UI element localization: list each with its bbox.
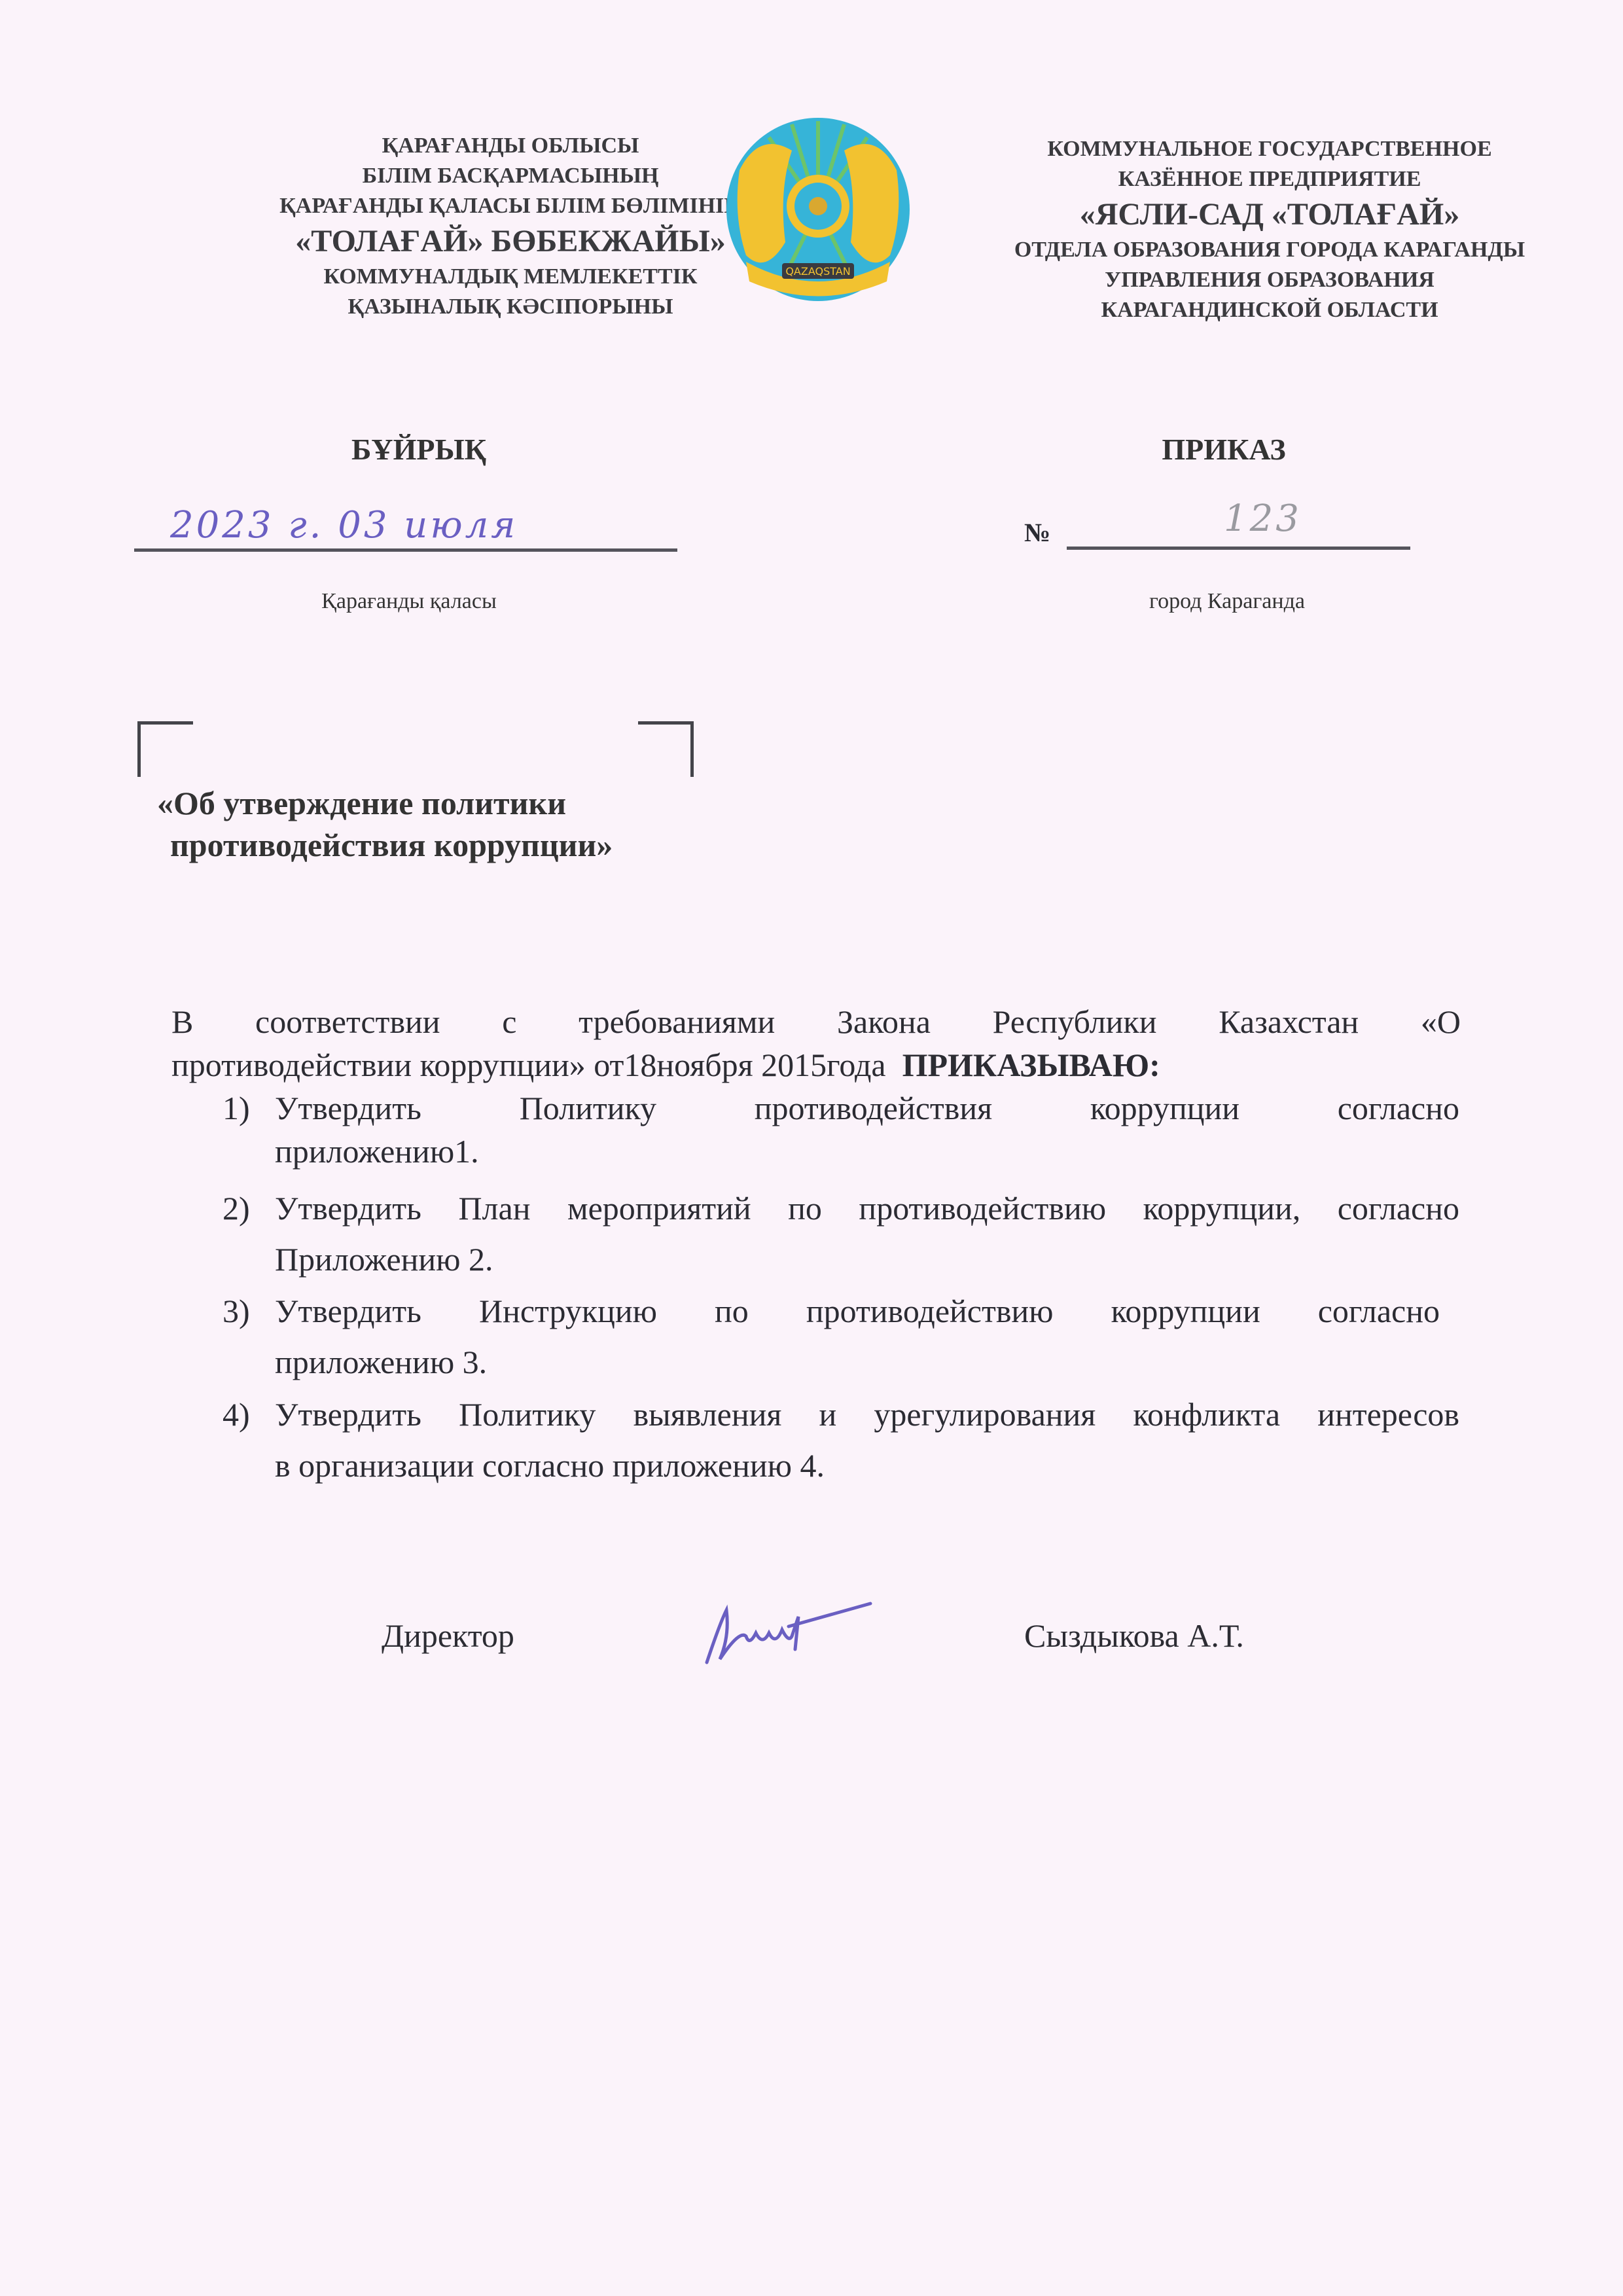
order-subject: «Об утверждение политики противодействия…: [157, 782, 613, 866]
list-item-number: 2): [223, 1187, 250, 1230]
header-ru-org-name: «ЯСЛИ-САД «ТОЛАҒАЙ»: [936, 194, 1603, 235]
header-russian-block: КОММУНАЛЬНОЕ ГОСУДАРСТВЕННОЕ КАЗЁННОЕ ПР…: [936, 134, 1603, 325]
svg-text:QAZAQSTAN: QAZAQSTAN: [785, 265, 850, 278]
header-ru-line-6: КАРАГАНДИНСКОЙ ОБЛАСТИ: [936, 295, 1603, 325]
list-item-line-2: в организации согласно приложению 4.: [275, 1444, 1459, 1487]
signature-handwritten-icon: [694, 1597, 942, 1669]
signatory-name: Сыздыкова А.Т.: [1024, 1617, 1244, 1655]
list-item-number: 3): [223, 1289, 250, 1333]
list-item-number: 1): [223, 1086, 250, 1130]
header-ru-line-1: КОММУНАЛЬНОЕ ГОСУДАРСТВЕННОЕ: [936, 134, 1603, 164]
header-ru-line-2: КАЗЁННОЕ ПРЕДПРИЯТИЕ: [936, 164, 1603, 194]
list-item: 3) Утвердить Инструкцию по противодейств…: [223, 1289, 1459, 1381]
body-intro-text: противодействии коррупции» от18ноября 20…: [171, 1047, 886, 1083]
number-sign: №: [1024, 517, 1050, 548]
header-ru-line-4: ОТДЕЛА ОБРАЗОВАНИЯ ГОРОДА КАРАГАНДЫ: [936, 235, 1603, 265]
order-date-handwritten: 2023 г. 03 июля: [170, 504, 518, 547]
body-intro-line-1: В соответствии с требованиями Закона Рес…: [171, 1000, 1461, 1043]
list-item-line-1: Утвердить Политику противодействия корру…: [275, 1086, 1459, 1130]
order-title-kz: БҰЙРЫҚ: [275, 432, 563, 467]
subject-bracket-left: [137, 721, 193, 777]
order-title-ru: ПРИКАЗ: [1086, 432, 1361, 467]
list-item-number: 4): [223, 1393, 250, 1436]
number-underline: [1067, 547, 1410, 550]
subject-line-1: «Об утверждение политики: [157, 782, 613, 824]
order-number-handwritten: 123: [1224, 497, 1302, 540]
date-underline: [134, 548, 677, 552]
list-item-line-1: Утвердить Инструкцию по противодействию …: [275, 1289, 1440, 1333]
signatory-position: Директор: [382, 1617, 514, 1655]
list-item: 4) Утвердить Политику выявления и урегул…: [223, 1393, 1459, 1484]
city-kz: Қарағанды қаласы: [262, 589, 556, 614]
list-item-line-2: приложению 3.: [275, 1340, 1459, 1384]
list-item: 2) Утвердить План мероприятий по противо…: [223, 1187, 1459, 1278]
subject-bracket-right: [638, 721, 694, 777]
body-command: ПРИКАЗЫВАЮ:: [902, 1047, 1160, 1083]
state-emblem-icon: QAZAQSTAN: [720, 111, 916, 308]
list-item-line-1: Утвердить Политику выявления и урегулиро…: [275, 1393, 1459, 1436]
list-item-line-2: приложению1.: [275, 1130, 1459, 1173]
header-ru-line-5: УПРАВЛЕНИЯ ОБРАЗОВАНИЯ: [936, 265, 1603, 295]
list-item-line-1: Утвердить План мероприятий по противодей…: [275, 1187, 1459, 1230]
list-item: 1) Утвердить Политику противодействия ко…: [223, 1086, 1459, 1178]
subject-line-2: противодействия коррупции»: [157, 824, 613, 866]
body-intro-line-2: противодействии коррупции» от18ноября 20…: [171, 1043, 1461, 1086]
list-item-line-2: Приложению 2.: [275, 1238, 1459, 1281]
city-ru: город Караганда: [1080, 589, 1374, 614]
